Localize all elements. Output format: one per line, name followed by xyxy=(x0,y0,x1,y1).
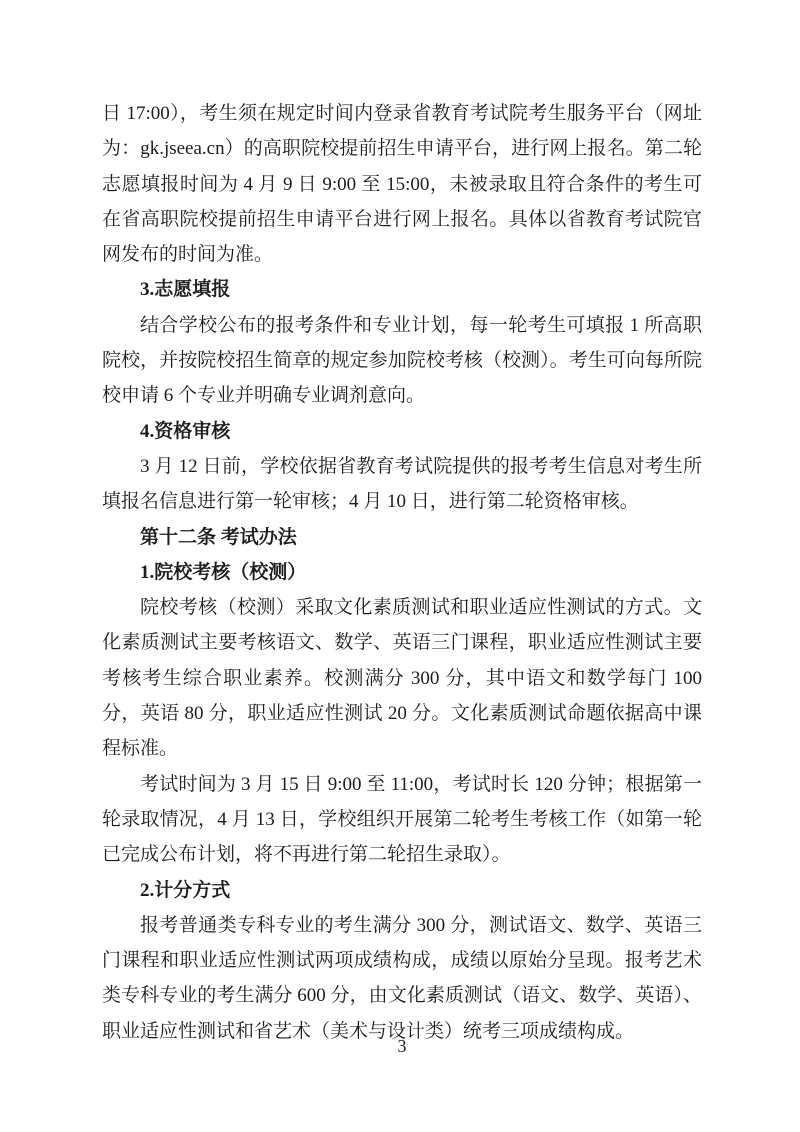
paragraph-school-assessment: 院校考核（校测）采取文化素质测试和职业适应性测试的方式。文化素质测试主要考核语文… xyxy=(102,590,702,766)
paragraph-exam-time: 考试时间为 3 月 15 日 9:00 至 11:00，考试时长 120 分钟；… xyxy=(102,767,702,873)
page-number: 3 xyxy=(102,1036,702,1057)
paragraph-online-registration: 日 17:00），考生须在规定时间内登录省教育考试院考生服务平台（网址为：gk.… xyxy=(102,96,702,272)
heading-2-scoring-method: 2.计分方式 xyxy=(102,873,702,908)
heading-3-volunteer-filling: 3.志愿填报 xyxy=(102,272,702,307)
heading-article-12-exam-methods: 第十二条 考试办法 xyxy=(102,520,702,555)
paragraph-qualification-review: 3 月 12 日前，学校依据省教育考试院提供的报考考生信息对考生所填报名信息进行… xyxy=(102,449,702,520)
document-page: 日 17:00），考生须在规定时间内登录省教育考试院考生服务平台（网址为：gk.… xyxy=(0,0,800,1132)
paragraph-scoring-method: 报考普通类专科专业的考生满分 300 分，测试语文、数学、英语三门课程和职业适应… xyxy=(102,908,702,1049)
heading-4-qualification-review: 4.资格审核 xyxy=(102,414,702,449)
heading-1-school-assessment: 1.院校考核（校测） xyxy=(102,555,702,590)
paragraph-volunteer-filling: 结合学校公布的报考条件和专业计划，每一轮考生可填报 1 所高职院校，并按院校招生… xyxy=(102,308,702,414)
document-body: 日 17:00），考生须在规定时间内登录省教育考试院考生服务平台（网址为：gk.… xyxy=(102,96,702,1049)
